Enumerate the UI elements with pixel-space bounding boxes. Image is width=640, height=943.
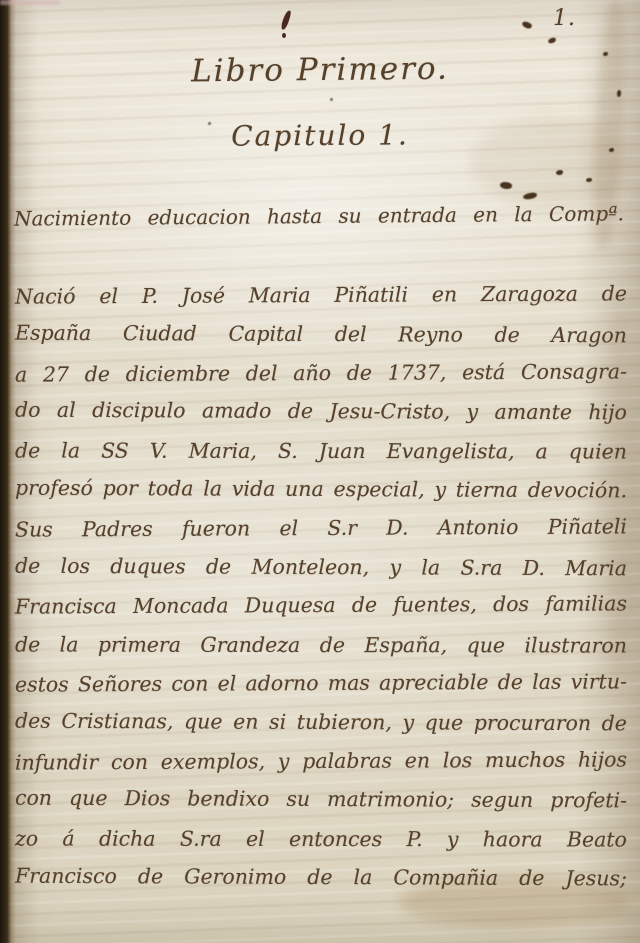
word: de — [347, 361, 372, 385]
word: toda — [148, 477, 194, 501]
word: Geronimo — [184, 865, 286, 889]
manuscript-line: zoádichaS.raelentoncesP.yhaoraBeato — [15, 820, 627, 860]
word: a — [535, 440, 547, 464]
word: Maria, — [189, 439, 257, 463]
word: educacion — [147, 205, 250, 230]
word: Francisco — [15, 864, 117, 888]
word: Piñateli — [548, 515, 627, 539]
word: Evangelista, — [387, 440, 515, 464]
word: virtu- — [571, 670, 627, 694]
word: su — [286, 788, 310, 812]
manuscript-line: FranciscaMoncadaDuquesadefuentes,dosfami… — [15, 585, 627, 627]
word: en — [405, 748, 430, 772]
word: su — [338, 204, 361, 228]
word: España — [15, 321, 91, 345]
photo-edge-artifact — [0, 0, 60, 5]
word: y — [278, 749, 290, 773]
chapter-title: Capitulo 1. — [0, 117, 640, 154]
word: con — [171, 672, 208, 696]
ink-speck — [586, 178, 592, 182]
word: la — [61, 439, 80, 463]
word: que — [69, 787, 108, 811]
word: vida — [232, 477, 276, 501]
word: Maria — [249, 283, 311, 307]
word: dicha — [99, 827, 156, 851]
word: especial, — [333, 477, 424, 501]
manuscript-line: NacióelP.JoséMariaPiñatilienZaragozade — [15, 274, 627, 316]
word: Zaragoza — [481, 282, 578, 307]
word: tierna — [456, 478, 518, 502]
word: las — [532, 670, 561, 694]
word: apreciable — [379, 670, 488, 695]
page-number: 1. — [553, 6, 576, 31]
word: y — [434, 478, 446, 502]
word: de — [85, 362, 110, 386]
word: del — [335, 322, 367, 346]
word: muchos — [485, 748, 565, 772]
word: de — [15, 633, 40, 657]
word: Nació — [15, 285, 76, 309]
word: discipulo — [92, 399, 186, 423]
ink-speck — [547, 37, 556, 44]
word: que — [184, 710, 223, 734]
word: D. — [523, 556, 545, 580]
word: Jesu-Cristo, — [329, 400, 450, 425]
word: Reyno — [398, 323, 463, 347]
body-text: NacióelP.JoséMariaPiñatilienZaragozadeEs… — [15, 276, 627, 897]
word: Nacimiento — [14, 206, 131, 231]
word: matrimonio; — [327, 788, 454, 813]
word: profeti- — [550, 789, 627, 813]
word: Beato — [567, 828, 627, 852]
word: ilustraron — [524, 634, 626, 658]
word: la — [203, 477, 222, 501]
word: Piñatili — [334, 283, 408, 307]
ink-flick-mark — [281, 10, 290, 36]
word: hijos — [578, 747, 627, 771]
ink-flick-dot — [282, 33, 286, 38]
word: entrada — [378, 203, 457, 228]
word: amado — [202, 399, 271, 423]
word: V. — [150, 439, 168, 463]
word: Señores — [78, 672, 162, 696]
word: de — [138, 865, 163, 889]
word: diciembre — [126, 361, 230, 386]
word: á — [62, 827, 74, 851]
ink-speck — [330, 98, 333, 101]
word: Juan — [319, 440, 366, 464]
word: en — [473, 202, 498, 226]
word: de — [602, 711, 627, 735]
word: procuraron — [474, 711, 591, 736]
word: Capital — [228, 322, 303, 346]
word: Grandeza — [200, 633, 300, 657]
manuscript-line: FranciscodeGeronimodelaCompañiadeJesus; — [15, 857, 627, 898]
word: quien — [569, 440, 627, 464]
ink-speck — [499, 181, 512, 190]
word: de — [519, 866, 544, 890]
manuscript-line: delaSSV.Maria,S.JuanEvangelista,aquien — [15, 432, 627, 472]
word: con — [111, 750, 148, 774]
word: y — [466, 400, 478, 424]
word: fueron — [182, 517, 250, 541]
word: que — [425, 711, 464, 735]
word: del — [246, 361, 278, 385]
word: los — [443, 748, 473, 772]
word: de — [494, 323, 519, 347]
word: de — [206, 554, 231, 578]
word: los — [61, 554, 91, 578]
word: José — [182, 284, 225, 308]
word: Duquesa — [245, 594, 336, 618]
word: S.ra — [180, 827, 222, 851]
word: adorno — [245, 671, 318, 695]
word: amante — [495, 401, 573, 425]
manuscript-line: estosSeñoresconeladornomasapreciabledela… — [15, 662, 627, 704]
word: Cristianas, — [61, 709, 173, 733]
word: de — [320, 634, 345, 658]
manuscript-line: desCristianas,queensitubieron,yqueprocur… — [15, 701, 627, 742]
word: año — [293, 361, 331, 385]
word: Antonio — [438, 515, 519, 539]
manuscript-line: EspañaCiudadCapitaldelReynodeAragon — [15, 313, 627, 354]
word: entonces — [289, 827, 382, 851]
manuscript-line: delaprimeraGrandezadeEspaña,queilustraro… — [15, 626, 627, 666]
ink-speck — [556, 170, 563, 175]
manuscript-line: doaldiscipuloamadodeJesu-Cristo,yamanteh… — [15, 391, 627, 432]
word: Moncada — [133, 594, 229, 619]
word: mas — [328, 671, 370, 695]
word: duques — [110, 554, 185, 578]
ink-speck — [521, 20, 533, 30]
word: Aragon — [551, 323, 627, 347]
word: bendixo — [187, 787, 269, 811]
word: la — [60, 633, 79, 657]
manuscript-page: 1. Libro Primero. Capitulo 1. Nacimiento… — [0, 0, 640, 943]
ink-speck — [617, 90, 621, 97]
word: Compª. — [549, 201, 624, 226]
ink-speck — [523, 192, 538, 200]
word: Maria — [565, 556, 627, 580]
word: Dios — [124, 787, 170, 811]
word: el — [218, 672, 237, 696]
word: segun — [471, 788, 533, 812]
manuscript-line: a27dediciembredelañode1737,estáConsagra- — [15, 352, 627, 394]
word: en — [432, 283, 457, 307]
word: la — [514, 202, 533, 226]
word: Ciudad — [123, 321, 197, 345]
word: en — [233, 710, 258, 734]
word: 27 — [43, 362, 69, 386]
word: está — [462, 360, 505, 384]
word: el — [99, 284, 118, 308]
word: Monteleon, — [251, 555, 369, 580]
word: D. — [386, 516, 408, 540]
word: de — [307, 865, 332, 889]
word: S. — [278, 440, 298, 464]
word: exemplos, — [161, 749, 265, 774]
word: fuentes, — [393, 593, 477, 617]
word: Francisca — [15, 595, 117, 620]
word: de — [15, 439, 40, 463]
word: Sus — [15, 518, 53, 542]
word: tubieron, — [297, 710, 392, 734]
word: profesó — [15, 476, 93, 500]
word: de — [602, 282, 627, 306]
word: zo — [15, 827, 38, 851]
word: la — [354, 865, 373, 889]
word: Jesus; — [565, 866, 627, 890]
word: primera — [98, 633, 181, 657]
chapter-subtitle: NacimientoeducacionhastasuentradaenlaCom… — [14, 201, 624, 230]
word: S.r — [327, 516, 357, 540]
word: haora — [483, 828, 543, 852]
word: SS — [101, 439, 129, 463]
word: una — [285, 477, 324, 501]
book-title: Libro Primero. — [0, 49, 640, 92]
manuscript-line: delosduquesdeMonteleon,ylaS.raD.Maria — [15, 546, 627, 587]
word: que — [467, 634, 506, 658]
word: Compañia — [393, 866, 498, 890]
manuscript-line: profesóportodalavidaunaespecial,ytiernad… — [15, 469, 627, 510]
word: P. — [406, 828, 422, 852]
word: infundir — [15, 750, 98, 774]
word: devoción. — [528, 478, 627, 502]
word: des — [15, 709, 51, 733]
word: dos — [493, 593, 529, 617]
word: do — [15, 398, 41, 422]
manuscript-line: conqueDiosbendixosumatrimonio;segunprofe… — [15, 779, 627, 820]
word: palabras — [302, 749, 392, 773]
word: con — [15, 786, 52, 810]
word: S.ra — [460, 556, 502, 580]
word: de — [288, 400, 313, 424]
word: hijo — [588, 401, 627, 425]
word: a — [15, 363, 27, 387]
manuscript-line: infundirconexemplos,ypalabrasenlosmuchos… — [15, 740, 627, 782]
word: estos — [15, 673, 69, 697]
word: y — [402, 711, 414, 735]
word: si — [269, 710, 286, 734]
word: el — [246, 827, 265, 851]
word: de — [498, 670, 523, 694]
word: familias — [545, 592, 627, 616]
word: España, — [364, 634, 447, 658]
word: por — [103, 476, 138, 500]
word: y — [447, 828, 459, 852]
word: y — [389, 555, 401, 579]
word: de — [352, 593, 377, 617]
manuscript-line: SusPadresfueronelS.rD.AntonioPiñateli — [15, 507, 627, 549]
word: Padres — [82, 517, 153, 541]
ink-flick-stroke — [280, 10, 291, 31]
word: el — [279, 516, 298, 540]
word: al — [57, 399, 76, 423]
word: Consagra- — [521, 359, 627, 384]
word: de — [15, 554, 40, 578]
word: 1737, — [388, 360, 447, 384]
word: la — [421, 555, 440, 579]
word: hasta — [267, 204, 322, 228]
word: P. — [142, 284, 158, 308]
